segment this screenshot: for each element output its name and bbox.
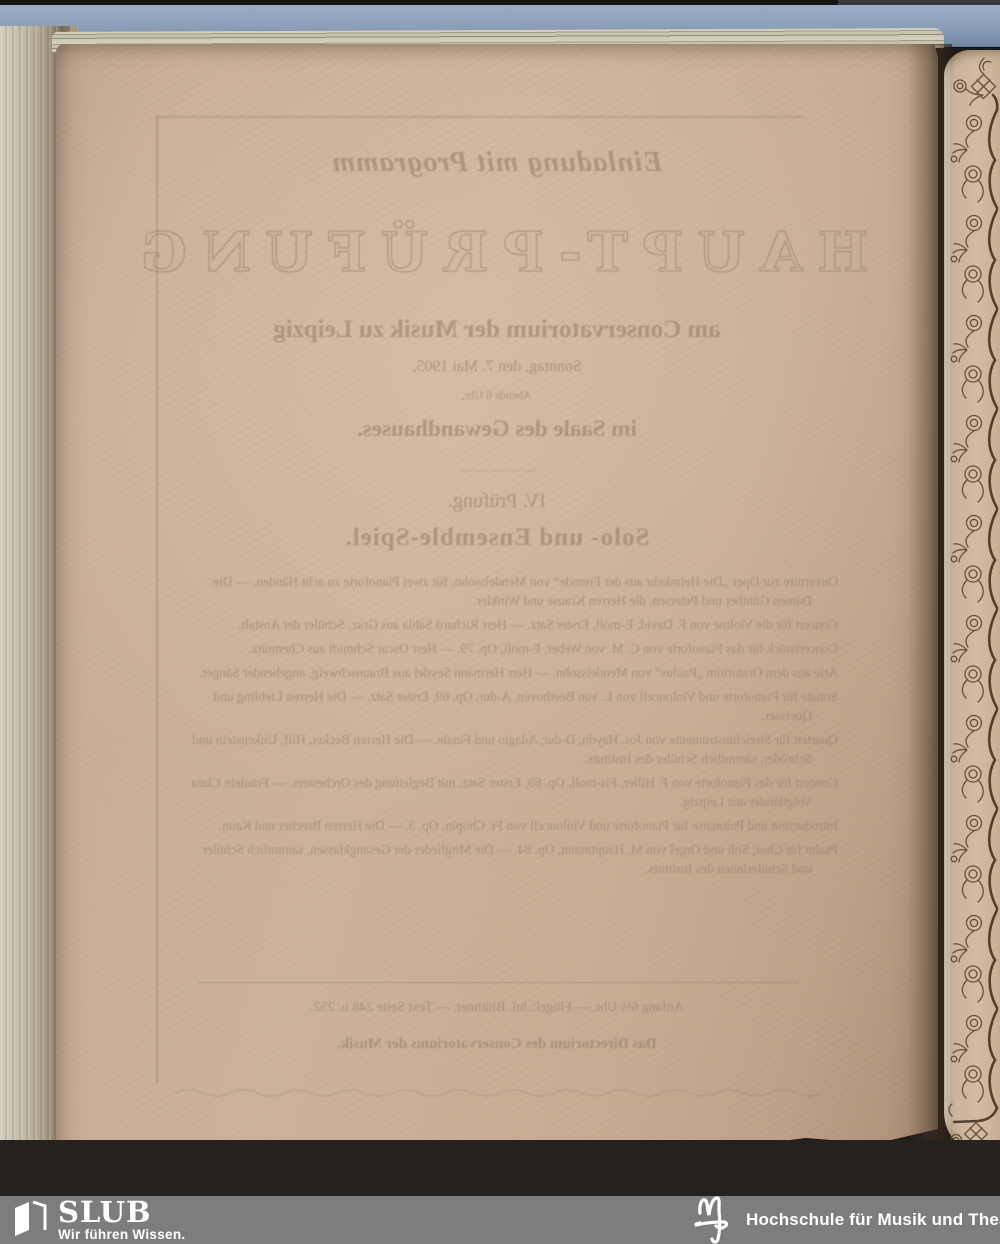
program-entry: Concert für die Violine von F. David, E-… [190,615,838,634]
ornamental-border [944,56,1000,1156]
bleed-horizontal-rule [198,982,798,983]
bleed-anfang-line: Anfang 6½ Uhr. — Flügel: Jul. Blüthner. … [56,1000,938,1016]
ornamental-border-svg [944,56,1000,1156]
hmt-signature-icon [692,1193,732,1244]
program-entry: Sonate für Pianoforte und Violoncell von… [190,687,838,725]
bleed-time-line: Abends 6 Uhr, [56,388,938,403]
bleed-program-list: Ouverture zur Oper „Die Heimkehr aus der… [190,572,838,883]
digitized-book-scan: Einladung mit Programm HAUPT-PRÜFUNG am … [0,0,1000,1244]
program-entry: Arie aus dem Oratorium „Paulus“ von Mend… [190,663,838,682]
scan-bottom-edge [0,1140,1000,1196]
bleed-section-title: Solo- und Ensemble-Spiel. [56,524,938,552]
slub-book-icon [12,1200,48,1238]
scanned-page-verso: Einladung mit Programm HAUPT-PRÜFUNG am … [56,44,938,1158]
slub-wordmark: SLUB [58,1198,185,1226]
bleed-section-number: IV. Prüfung. [56,490,938,513]
program-entry: Concertstück für das Pianoforte von C. M… [190,639,838,658]
program-entry: Psalm für Chor, Soli und Orgel von M. Ha… [190,840,838,878]
program-entry: Introduction und Polonaise für Pianofort… [190,816,838,835]
bleed-through-text: Einladung mit Programm HAUPT-PRÜFUNG am … [56,44,938,1158]
bleed-subtitle-conservatorium: am Conservatorium der Musik zu Leipzig [56,316,938,344]
bleed-directorium-line: Das Directorium des Conservatoriums der … [56,1036,938,1053]
bleed-border-wave [176,1086,824,1100]
program-entry: Quartett für Streichinstrumente von Jos.… [190,730,838,768]
program-entry: Concert für das Pianoforte von F. Hiller… [190,773,838,811]
bleed-title-hauptpruefung: HAUPT-PRÜFUNG [56,220,938,284]
slub-tagline: Wir führen Wissen. [58,1227,185,1242]
hmt-logo-block[interactable]: Hochschule für Musik und Theater Leipzig [692,1196,1000,1244]
bleed-venue-line: im Saale des Gewandhauses. [56,416,938,442]
slub-logo[interactable]: SLUB Wir führen Wissen. [12,1198,185,1242]
branding-footer: SLUB Wir führen Wissen. Hochschule für M… [0,1196,1000,1244]
program-entry: Ouverture zur Oper „Die Heimkehr aus der… [190,572,838,610]
hmt-label: Hochschule für Musik und Theater Leipzig [746,1210,1000,1230]
bleed-title-einladung: Einladung mit Programm [56,146,938,179]
slub-text-block: SLUB Wir führen Wissen. [58,1198,185,1242]
bleed-divider: ————— [56,462,938,478]
bleed-date-line: Sonntag, den 7. Mai 1905, [56,358,938,376]
